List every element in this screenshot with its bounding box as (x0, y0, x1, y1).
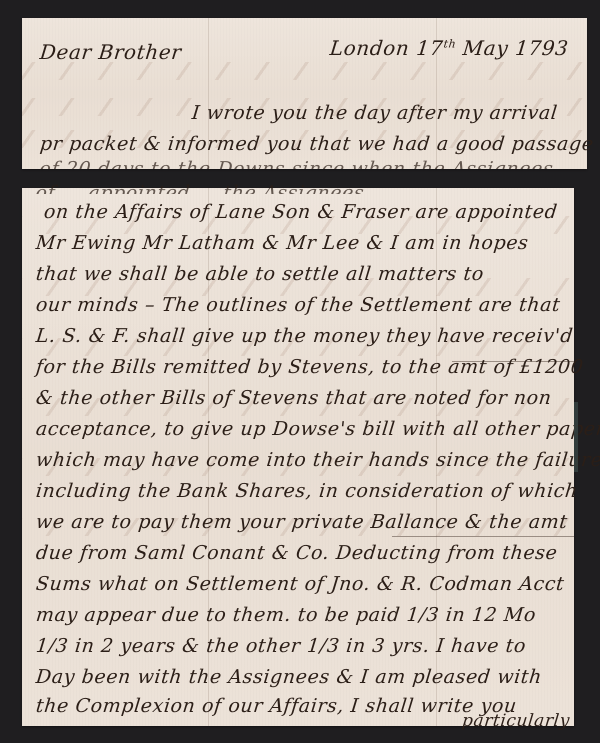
month-year: May 1793 (462, 36, 570, 60)
dateline: London 17th May 1793 (329, 36, 570, 60)
day: 17 (416, 36, 445, 60)
letter-line: & the other Bills of Stevens that are no… (35, 387, 553, 409)
letter-line: 1/3 in 2 years & the other 1/3 in 3 yrs.… (35, 635, 527, 657)
letter-line: including the Bank Shares, in considerat… (35, 480, 579, 502)
letter-line-cut: of 20 days to the Downs since when the A… (39, 158, 554, 169)
fold-crease (392, 536, 574, 537)
letter-line: due from Saml Conant & Co. Deducting fro… (35, 542, 559, 564)
letter-line: pr packet & informed you that we had a g… (39, 133, 595, 155)
letter-line-cut: of ... appointed ... the Assignees (35, 182, 365, 194)
letter-line: Sums what on Settlement of Jno. & R. Cod… (35, 573, 566, 595)
letter-line: Mr Ewing Mr Latham & Mr Lee & I am in ho… (35, 232, 530, 254)
letter-top-strip: Dear Brother London 17th May 1793 I wrot… (22, 18, 587, 169)
letter-line: Day been with the Assignees & I am pleas… (35, 666, 543, 688)
letter-line: we are to pay them your private Ballance… (35, 511, 569, 533)
ink-bleed-through (22, 62, 587, 80)
letter-line: on the Affairs of Lane Son & Fraser are … (43, 201, 559, 223)
letter-line-closing: particularly (461, 711, 571, 731)
letter-line: I wrote you the day after my arrival (191, 102, 559, 124)
place: London (329, 36, 411, 60)
letter-line: L. S. & F. shall give up the money they … (35, 325, 574, 347)
letter-line: our minds – The outlines of the Settleme… (35, 294, 562, 316)
letter-line: may appear due to them. to be paid 1/3 i… (35, 604, 537, 626)
letter-line: for the Bills remitted by Stevens, to th… (35, 356, 585, 378)
letter-main-sheet: of ... appointed ... the Assignees on th… (22, 188, 574, 726)
letter-line: that we shall be able to settle all matt… (35, 263, 485, 285)
letter-line: which may have come into their hands sin… (35, 449, 600, 471)
letter-photo: Dear Brother London 17th May 1793 I wrot… (0, 0, 600, 743)
letter-line: the Complexion of our Affairs, I shall w… (35, 695, 518, 717)
day-suffix: th (443, 37, 457, 50)
salutation: Dear Brother (39, 40, 183, 64)
mount-tab (574, 402, 578, 472)
letter-line: acceptance, to give up Dowse's bill with… (35, 418, 600, 440)
